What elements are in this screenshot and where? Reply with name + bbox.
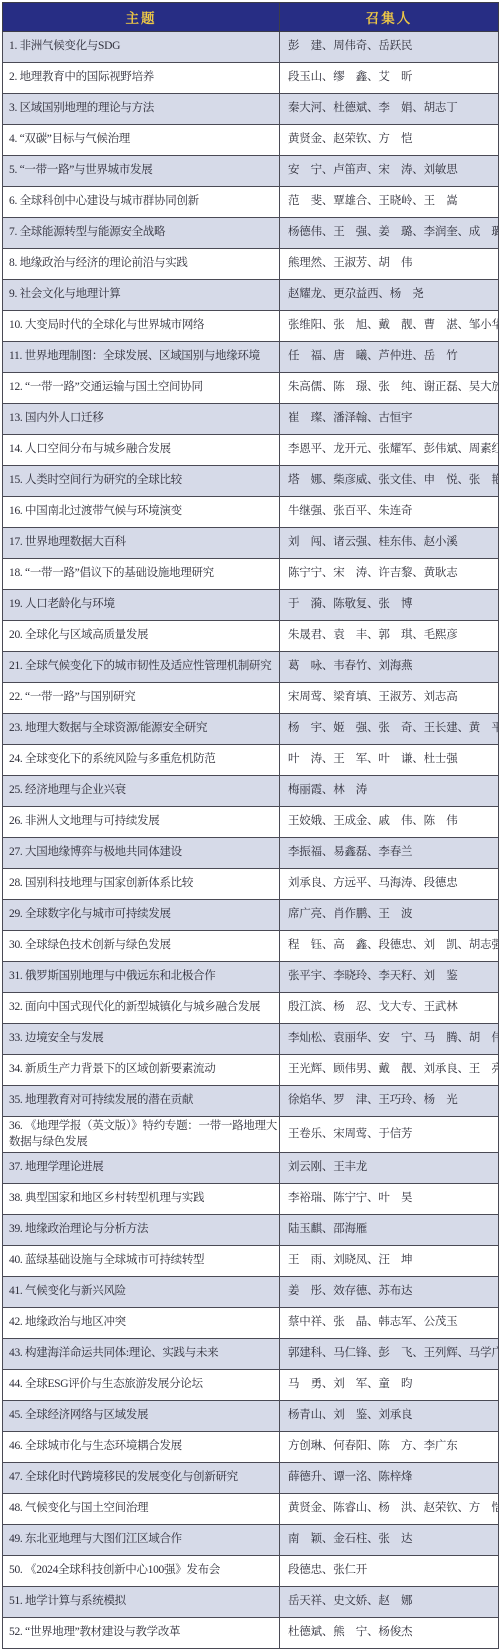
convener-cell: 方创琳、何春阳、陈 方、李广东 [280,1432,499,1463]
convener-cell: 殷江滨、杨 忍、戈大专、王武林 [280,993,499,1024]
topic-cell: 45. 全球经济网络与区域发展 [3,1401,280,1432]
topic-cell: 3. 区域国别地理的理论与方法 [3,94,280,125]
table-row: 36. 《地理学报（英文版）》特约专题：一带一路地理大数据与绿色发展王卷乐、宋周… [3,1117,499,1153]
convener-cell: 宋周莺、梁育填、王淑芳、刘志高 [280,683,499,714]
table-row: 8. 地缘政治与经济的理论前沿与实践熊理然、王淑芳、胡 伟 [3,249,499,280]
convener-cell: 李裕瑞、陈宁宁、叶 昊 [280,1184,499,1215]
table-body: 1. 非洲气候变化与SDG彭 建、周伟奇、岳跃民2. 地理教育中的国际视野培养段… [3,32,499,1649]
table-header: 主题 召集人 [3,3,499,32]
table-row: 10. 大变局时代的全球化与世界城市网络张维阳、张 旭、戴 靓、曹 湛、邹小华 [3,311,499,342]
convener-cell: 梅丽霞、林 涛 [280,776,499,807]
topic-cell: 28. 国别科技地理与国家创新体系比较 [3,869,280,900]
table-row: 11. 世界地理制图：全球发展、区域国别与地缘环境任 福、唐 曦、芦仲进、岳 竹 [3,342,499,373]
topic-cell: 50. 《2024全球科技创新中心100强》发布会 [3,1556,280,1587]
topic-cell: 10. 大变局时代的全球化与世界城市网络 [3,311,280,342]
convener-cell: 朱晟君、袁 丰、郭 琪、毛熙彦 [280,621,499,652]
table-row: 16. 中国南北过渡带气候与环境演变牛继强、张百平、朱连奇 [3,497,499,528]
table-row: 45. 全球经济网络与区域发展杨青山、刘 鉴、刘承良 [3,1401,499,1432]
table-row: 44. 全球ESG评价与生态旅游发展分论坛马 勇、刘 军、童 昀 [3,1370,499,1401]
table-row: 2. 地理教育中的国际视野培养段玉山、缪 鑫、艾 昕 [3,63,499,94]
topic-cell: 52. “世界地理”教材建设与教学改革 [3,1618,280,1649]
table-row: 25. 经济地理与企业兴衰梅丽霞、林 涛 [3,776,499,807]
table-row: 35. 地理教育对可持续发展的潜在贡献徐焰华、罗 津、王巧玲、杨 光 [3,1086,499,1117]
convener-cell: 陈宁宁、宋 涛、许吉黎、黄耿志 [280,559,499,590]
topic-cell: 24. 全球变化下的系统风险与多重危机防范 [3,745,280,776]
topic-cell: 19. 人口老龄化与环境 [3,590,280,621]
table-row: 42. 地缘政治与地区冲突蔡中祥、张 晶、韩志军、公茂玉 [3,1308,499,1339]
table-row: 3. 区域国别地理的理论与方法秦大河、杜德斌、李 娟、胡志丁 [3,94,499,125]
table-row: 48. 气候变化与国土空间治理黄贤金、陈睿山、杨 洪、赵荣钦、方 恺 [3,1494,499,1525]
convener-cell: 范 斐、覃雄合、王晓岭、王 嵩 [280,187,499,218]
table-row: 9. 社会文化与地理计算赵耀龙、更尕益西、杨 尧 [3,280,499,311]
topic-cell: 7. 全球能源转型与能源安全战略 [3,218,280,249]
topic-cell: 38. 典型国家和地区乡村转型机理与实践 [3,1184,280,1215]
convener-cell: 安 宁、卢笛声、宋 涛、刘敏思 [280,156,499,187]
table-row: 12. “一带一路”交通运输与国土空间协同朱高儒、陈 璟、张 纯、谢正磊、吴大放 [3,373,499,404]
topic-cell: 40. 蓝绿基础设施与全球城市可持续转型 [3,1246,280,1277]
convener-cell: 于 漪、陈敬复、张 博 [280,590,499,621]
topic-cell: 2. 地理教育中的国际视野培养 [3,63,280,94]
table-row: 20. 全球化与区域高质量发展朱晟君、袁 丰、郭 琪、毛熙彦 [3,621,499,652]
convener-cell: 彭 建、周伟奇、岳跃民 [280,32,499,63]
convener-cell: 杨德伟、王 强、姜 璐、李润奎、成 璐 [280,218,499,249]
convener-cell: 杜德斌、熊 宁、杨俊杰 [280,1618,499,1649]
table-row: 1. 非洲气候变化与SDG彭 建、周伟奇、岳跃民 [3,32,499,63]
topic-cell: 16. 中国南北过渡带气候与环境演变 [3,497,280,528]
table-row: 30. 全球绿色技术创新与绿色发展程 钰、高 鑫、段德忠、刘 凯、胡志强 [3,931,499,962]
table-row: 29. 全球数字化与城市可持续发展席广亮、肖作鹏、王 波 [3,900,499,931]
table-row: 15. 人类时空间行为研究的全球比较塔 娜、柴彦威、张文佳、申 悦、张 艳 [3,466,499,497]
topic-cell: 41. 气候变化与新兴风险 [3,1277,280,1308]
topic-cell: 14. 人口空间分布与城乡融合发展 [3,435,280,466]
topic-cell: 29. 全球数字化与城市可持续发展 [3,900,280,931]
convener-cell: 杨青山、刘 鉴、刘承良 [280,1401,499,1432]
table-row: 13. 国内外人口迁移崔 璨、潘泽翰、古恒宇 [3,404,499,435]
convener-cell: 姜 彤、效存德、苏布达 [280,1277,499,1308]
topic-cell: 32. 面向中国式现代化的新型城镇化与城乡融合发展 [3,993,280,1024]
convener-cell: 塔 娜、柴彦威、张文佳、申 悦、张 艳 [280,466,499,497]
convener-cell: 任 福、唐 曦、芦仲进、岳 竹 [280,342,499,373]
table-row: 38. 典型国家和地区乡村转型机理与实践李裕瑞、陈宁宁、叶 昊 [3,1184,499,1215]
topic-cell: 31. 俄罗斯国别地理与中俄远东和北极合作 [3,962,280,993]
topic-cell: 30. 全球绿色技术创新与绿色发展 [3,931,280,962]
topic-cell: 48. 气候变化与国土空间治理 [3,1494,280,1525]
table-row: 14. 人口空间分布与城乡融合发展李恩平、龙开元、张耀军、彭伟斌、周素红 [3,435,499,466]
convener-cell: 牛继强、张百平、朱连奇 [280,497,499,528]
table-row: 31. 俄罗斯国别地理与中俄远东和北极合作张平宇、李晓玲、李天籽、刘 鉴 [3,962,499,993]
table-row: 33. 边境安全与发展李灿松、袁丽华、安 宁、马 腾、胡 伟 [3,1024,499,1055]
table-row: 24. 全球变化下的系统风险与多重危机防范叶 涛、王 军、叶 谦、杜士强 [3,745,499,776]
convener-cell: 薛德升、谭一洺、陈梓烽 [280,1463,499,1494]
convener-cell: 赵耀龙、更尕益西、杨 尧 [280,280,499,311]
table-row: 19. 人口老龄化与环境于 漪、陈敬复、张 博 [3,590,499,621]
convener-cell: 李振福、易鑫磊、李春兰 [280,838,499,869]
topic-cell: 18. “一带一路”倡议下的基础设施地理研究 [3,559,280,590]
table-row: 43. 构建海洋命运共同体:理论、实践与未来郭建科、马仁锋、彭 飞、王列辉、马学… [3,1339,499,1370]
table-row: 26. 非洲人文地理与可持续发展王姣娥、王成金、戚 伟、陈 伟 [3,807,499,838]
table-row: 51. 地学计算与系统模拟岳天祥、史文娇、赵 娜 [3,1587,499,1618]
topic-cell: 17. 世界地理数据大百科 [3,528,280,559]
topic-cell: 39. 地缘政治理论与分析方法 [3,1215,280,1246]
table-row: 39. 地缘政治理论与分析方法陆玉麒、邵海雁 [3,1215,499,1246]
table-row: 46. 全球城市化与生态环境耦合发展方创琳、何春阳、陈 方、李广东 [3,1432,499,1463]
table-row: 28. 国别科技地理与国家创新体系比较刘承良、方远平、马海涛、段德忠 [3,869,499,900]
convener-cell: 黄贤金、赵荣钦、方 恺 [280,125,499,156]
topic-cell: 13. 国内外人口迁移 [3,404,280,435]
topic-cell: 11. 世界地理制图：全球发展、区域国别与地缘环境 [3,342,280,373]
table-row: 5. “一带一路”与世界城市发展安 宁、卢笛声、宋 涛、刘敏思 [3,156,499,187]
convener-cell: 段德忠、张仁开 [280,1556,499,1587]
table-row: 27. 大国地缘博弈与极地共同体建设李振福、易鑫磊、李春兰 [3,838,499,869]
convener-cell: 崔 璨、潘泽翰、古恒宇 [280,404,499,435]
table-row: 23. 地理大数据与全球资源/能源安全研究杨 宇、姬 强、张 奇、王长建、黄 平 [3,714,499,745]
convener-cell: 熊理然、王淑芳、胡 伟 [280,249,499,280]
table-row: 6. 全球科创中心建设与城市群协同创新范 斐、覃雄合、王晓岭、王 嵩 [3,187,499,218]
convener-cell: 刘承良、方远平、马海涛、段德忠 [280,869,499,900]
convener-cell: 张维阳、张 旭、戴 靓、曹 湛、邹小华 [280,311,499,342]
convener-cell: 李恩平、龙开元、张耀军、彭伟斌、周素红 [280,435,499,466]
table-row: 52. “世界地理”教材建设与教学改革杜德斌、熊 宁、杨俊杰 [3,1618,499,1649]
convener-cell: 刘 闯、诸云强、桂东伟、赵小溪 [280,528,499,559]
convener-cell: 席广亮、肖作鹏、王 波 [280,900,499,931]
convener-cell: 王光辉、顾伟男、戴 靓、刘承良、王 亮 [280,1055,499,1086]
convener-cell: 黄贤金、陈睿山、杨 洪、赵荣钦、方 恺 [280,1494,499,1525]
table-row: 41. 气候变化与新兴风险姜 彤、效存德、苏布达 [3,1277,499,1308]
topic-cell: 22. “一带一路”与国别研究 [3,683,280,714]
topic-cell: 49. 东北亚地理与大图们江区域合作 [3,1525,280,1556]
topic-cell: 46. 全球城市化与生态环境耦合发展 [3,1432,280,1463]
topic-cell: 26. 非洲人文地理与可持续发展 [3,807,280,838]
convener-cell: 朱高儒、陈 璟、张 纯、谢正磊、吴大放 [280,373,499,404]
column-header-convener: 召集人 [280,3,499,32]
session-table: 主题 召集人 1. 非洲气候变化与SDG彭 建、周伟奇、岳跃民2. 地理教育中的… [2,2,499,1649]
convener-cell: 王卷乐、宋周莺、于信芳 [280,1117,499,1153]
topic-cell: 1. 非洲气候变化与SDG [3,32,280,63]
topic-cell: 51. 地学计算与系统模拟 [3,1587,280,1618]
table-row: 49. 东北亚地理与大图们江区域合作南 颖、金石柱、张 达 [3,1525,499,1556]
convener-cell: 李灿松、袁丽华、安 宁、马 腾、胡 伟 [280,1024,499,1055]
convener-cell: 南 颖、金石柱、张 达 [280,1525,499,1556]
convener-cell: 刘云刚、王丰龙 [280,1153,499,1184]
table-row: 50. 《2024全球科技创新中心100强》发布会段德忠、张仁开 [3,1556,499,1587]
table-row: 34. 新质生产力背景下的区域创新要素流动王光辉、顾伟男、戴 靓、刘承良、王 亮 [3,1055,499,1086]
convener-cell: 张平宇、李晓玲、李天籽、刘 鉴 [280,962,499,993]
convener-cell: 段玉山、缪 鑫、艾 昕 [280,63,499,94]
convener-cell: 叶 涛、王 军、叶 谦、杜士强 [280,745,499,776]
convener-cell: 徐焰华、罗 津、王巧玲、杨 光 [280,1086,499,1117]
table-row: 7. 全球能源转型与能源安全战略杨德伟、王 强、姜 璐、李润奎、成 璐 [3,218,499,249]
table-row: 32. 面向中国式现代化的新型城镇化与城乡融合发展殷江滨、杨 忍、戈大专、王武林 [3,993,499,1024]
convener-cell: 杨 宇、姬 强、张 奇、王长建、黄 平 [280,714,499,745]
table-row: 37. 地理学理论进展刘云刚、王丰龙 [3,1153,499,1184]
column-header-topic: 主题 [3,3,280,32]
topic-cell: 9. 社会文化与地理计算 [3,280,280,311]
header-row: 主题 召集人 [3,3,499,32]
convener-cell: 秦大河、杜德斌、李 娟、胡志丁 [280,94,499,125]
convener-cell: 陆玉麒、邵海雁 [280,1215,499,1246]
table-row: 22. “一带一路”与国别研究宋周莺、梁育填、王淑芳、刘志高 [3,683,499,714]
topic-cell: 21. 全球气候变化下的城市韧性及适应性管理机制研究 [3,652,280,683]
topic-cell: 42. 地缘政治与地区冲突 [3,1308,280,1339]
convener-cell: 王姣娥、王成金、戚 伟、陈 伟 [280,807,499,838]
table-row: 47. 全球化时代跨境移民的发展变化与创新研究薛德升、谭一洺、陈梓烽 [3,1463,499,1494]
convener-cell: 蔡中祥、张 晶、韩志军、公茂玉 [280,1308,499,1339]
topic-cell: 15. 人类时空间行为研究的全球比较 [3,466,280,497]
topic-cell: 5. “一带一路”与世界城市发展 [3,156,280,187]
topic-cell: 47. 全球化时代跨境移民的发展变化与创新研究 [3,1463,280,1494]
topic-cell: 12. “一带一路”交通运输与国土空间协同 [3,373,280,404]
topic-cell: 43. 构建海洋命运共同体:理论、实践与未来 [3,1339,280,1370]
convener-cell: 郭建科、马仁锋、彭 飞、王列辉、马学广 [280,1339,499,1370]
topic-cell: 34. 新质生产力背景下的区域创新要素流动 [3,1055,280,1086]
table-row: 17. 世界地理数据大百科刘 闯、诸云强、桂东伟、赵小溪 [3,528,499,559]
topic-cell: 37. 地理学理论进展 [3,1153,280,1184]
convener-cell: 王 雨、刘晓凤、汪 坤 [280,1246,499,1277]
topic-cell: 36. 《地理学报（英文版）》特约专题：一带一路地理大数据与绿色发展 [3,1117,280,1153]
table-row: 40. 蓝绿基础设施与全球城市可持续转型王 雨、刘晓凤、汪 坤 [3,1246,499,1277]
convener-cell: 马 勇、刘 军、童 昀 [280,1370,499,1401]
topic-cell: 25. 经济地理与企业兴衰 [3,776,280,807]
topic-cell: 6. 全球科创中心建设与城市群协同创新 [3,187,280,218]
topic-cell: 8. 地缘政治与经济的理论前沿与实践 [3,249,280,280]
table-row: 4. “双碳”目标与气候治理黄贤金、赵荣钦、方 恺 [3,125,499,156]
topic-cell: 27. 大国地缘博弈与极地共同体建设 [3,838,280,869]
convener-cell: 葛 咏、韦春竹、刘海燕 [280,652,499,683]
convener-cell: 程 钰、高 鑫、段德忠、刘 凯、胡志强 [280,931,499,962]
topic-cell: 33. 边境安全与发展 [3,1024,280,1055]
convener-cell: 岳天祥、史文娇、赵 娜 [280,1587,499,1618]
topic-cell: 4. “双碳”目标与气候治理 [3,125,280,156]
topic-cell: 44. 全球ESG评价与生态旅游发展分论坛 [3,1370,280,1401]
topic-cell: 20. 全球化与区域高质量发展 [3,621,280,652]
table-row: 18. “一带一路”倡议下的基础设施地理研究陈宁宁、宋 涛、许吉黎、黄耿志 [3,559,499,590]
topic-cell: 35. 地理教育对可持续发展的潜在贡献 [3,1086,280,1117]
session-table-container: 主题 召集人 1. 非洲气候变化与SDG彭 建、周伟奇、岳跃民2. 地理教育中的… [0,0,500,1651]
table-row: 21. 全球气候变化下的城市韧性及适应性管理机制研究葛 咏、韦春竹、刘海燕 [3,652,499,683]
topic-cell: 23. 地理大数据与全球资源/能源安全研究 [3,714,280,745]
